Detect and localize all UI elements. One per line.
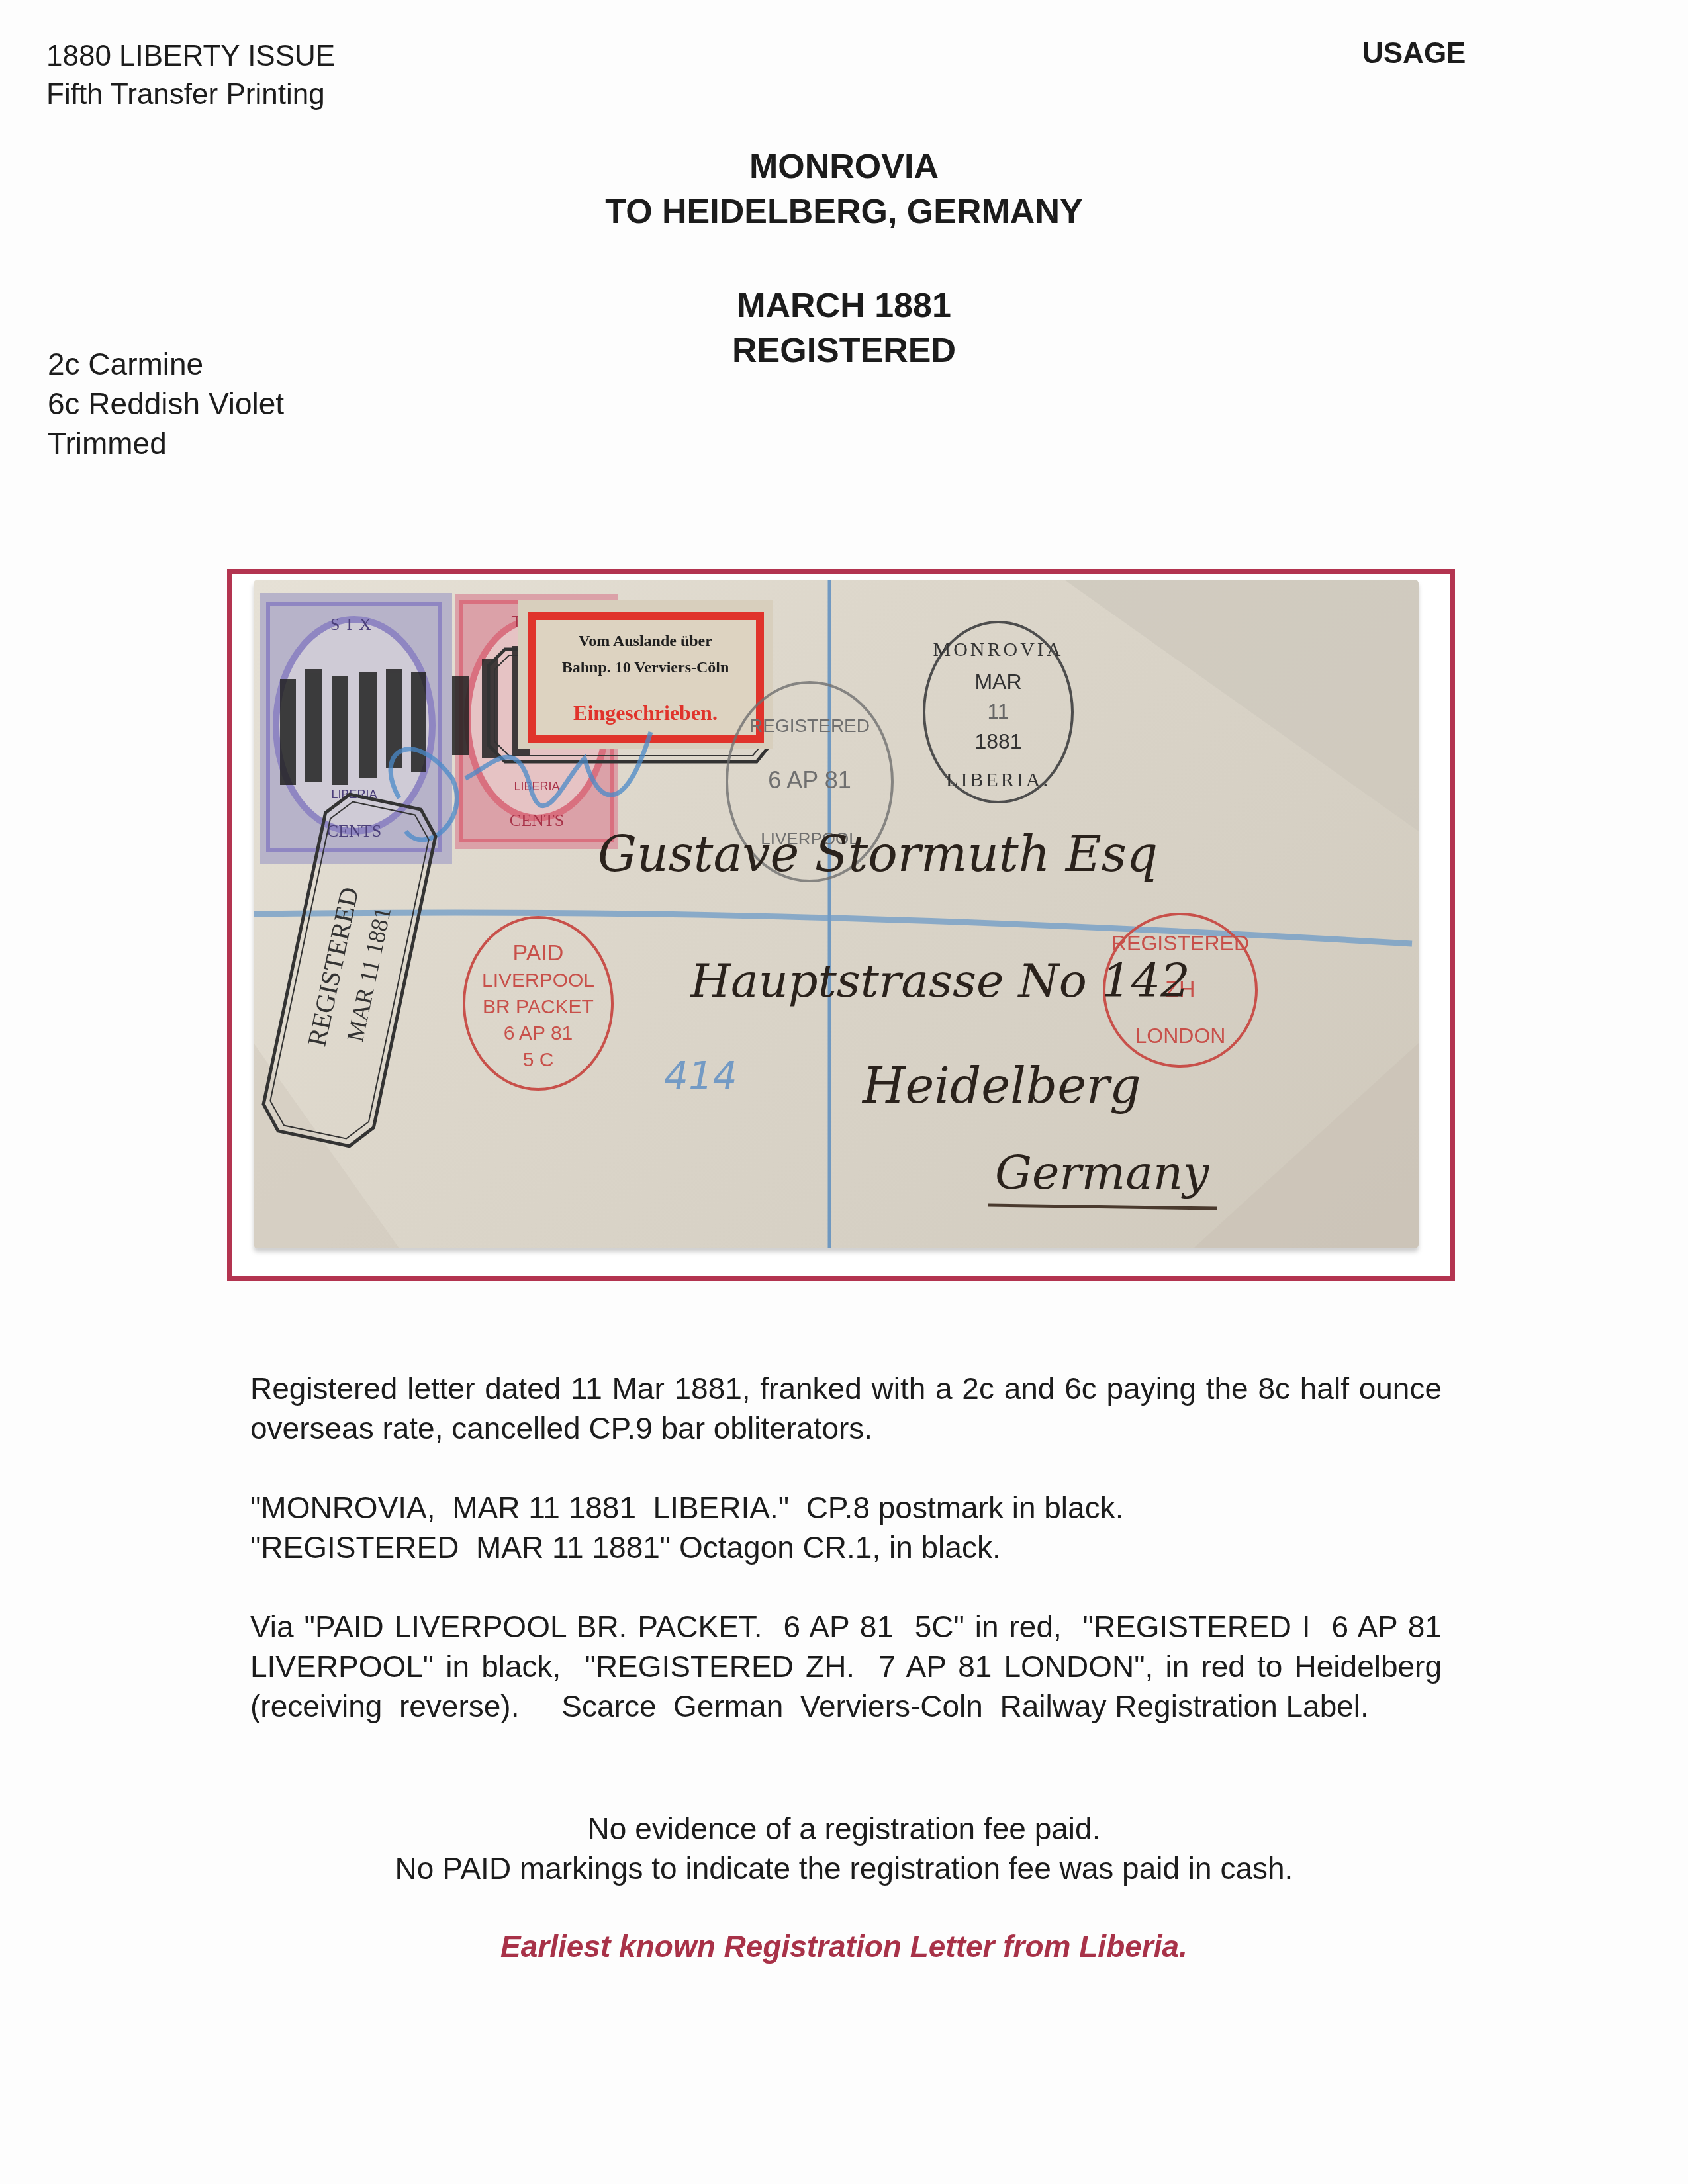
date-heading: MARCH 1881 bbox=[0, 283, 1688, 328]
section-label: USAGE bbox=[1362, 37, 1466, 70]
route-destination: TO HEIDELBERG, GERMANY bbox=[0, 189, 1688, 234]
svg-text:Germany: Germany bbox=[995, 1146, 1210, 1200]
svg-text:11: 11 bbox=[987, 700, 1009, 723]
cover-image: SIX LIBERIA CENTS TWO LIBERIA CENTS bbox=[254, 580, 1419, 1248]
svg-text:5 C: 5 C bbox=[523, 1049, 554, 1071]
route-title: MONROVIA TO HEIDELBERG, GERMANY bbox=[0, 144, 1688, 234]
svg-text:MONROVIA: MONROVIA bbox=[933, 639, 1064, 660]
issue-title: 1880 LIBERTY ISSUE bbox=[46, 37, 335, 75]
stamp-desc-3: Trimmed bbox=[48, 424, 284, 463]
svg-text:Vom Auslande über: Vom Auslande über bbox=[579, 633, 712, 650]
svg-text:Eingeschrieben.: Eingeschrieben. bbox=[573, 701, 718, 725]
svg-text:LONDON: LONDON bbox=[1135, 1024, 1226, 1048]
svg-text:6 AP 81: 6 AP 81 bbox=[768, 766, 851, 794]
svg-text:MAR: MAR bbox=[974, 670, 1021, 694]
postmark-note-octagon: "REGISTERED MAR 11 1881" Octagon CR.1, i… bbox=[250, 1527, 1442, 1567]
svg-text:CENTS: CENTS bbox=[510, 811, 564, 830]
description-paragraph-1: Registered letter dated 11 Mar 1881, fra… bbox=[250, 1369, 1442, 1448]
svg-text:Heidelberg: Heidelberg bbox=[861, 1058, 1141, 1115]
svg-text:LIVERPOOL: LIVERPOOL bbox=[482, 970, 594, 991]
svg-text:CENTS: CENTS bbox=[327, 821, 381, 841]
highlight-statement: Earliest known Registration Letter from … bbox=[0, 1929, 1688, 1964]
stamp-desc-1: 2c Carmine bbox=[48, 344, 284, 384]
handwritten-address: Gustave Stormuth Esq Hauptstrasse No 142… bbox=[598, 826, 1210, 1200]
svg-text:LIBERIA.: LIBERIA. bbox=[946, 769, 1051, 791]
svg-text:REGISTERED: REGISTERED bbox=[1111, 931, 1249, 955]
svg-text:1881: 1881 bbox=[974, 729, 1021, 753]
postmark-note-monrovia: "MONROVIA, MAR 11 1881 LIBERIA." CP.8 po… bbox=[250, 1488, 1442, 1527]
svg-text:LIBERIA: LIBERIA bbox=[514, 780, 559, 793]
header-left: 1880 LIBERTY ISSUE Fifth Transfer Printi… bbox=[46, 37, 335, 114]
svg-text:Hauptstrasse No 142: Hauptstrasse No 142 bbox=[689, 954, 1190, 1008]
fee-note-2: No PAID markings to indicate the registr… bbox=[0, 1848, 1688, 1888]
cover-illustration: SIX LIBERIA CENTS TWO LIBERIA CENTS bbox=[254, 580, 1419, 1248]
svg-text:REGISTERED: REGISTERED bbox=[749, 715, 870, 736]
printing-subtitle: Fifth Transfer Printing bbox=[46, 75, 335, 114]
svg-text:6 AP 81: 6 AP 81 bbox=[504, 1023, 573, 1044]
registration-label: Vom Auslande über Bahnp. 10 Verviers-Cöl… bbox=[518, 600, 773, 749]
svg-text:PAID: PAID bbox=[513, 940, 564, 966]
stamps-description: 2c Carmine 6c Reddish Violet Trimmed bbox=[48, 344, 284, 463]
svg-text:414: 414 bbox=[664, 1054, 737, 1099]
stamp-desc-2: 6c Reddish Violet bbox=[48, 384, 284, 424]
svg-text:Gustave Stormuth Esq: Gustave Stormuth Esq bbox=[598, 826, 1158, 883]
svg-text:SIX: SIX bbox=[330, 615, 378, 634]
postmark-paid-liverpool: PAID LIVERPOOL BR PACKET 6 AP 81 5 C bbox=[464, 917, 612, 1089]
svg-text:BR PACKET: BR PACKET bbox=[483, 996, 594, 1018]
svg-text:Bahnp. 10 Verviers-Cöln: Bahnp. 10 Verviers-Cöln bbox=[562, 659, 729, 676]
fee-note-1: No evidence of a registration fee paid. bbox=[0, 1809, 1688, 1848]
route-origin: MONROVIA bbox=[0, 144, 1688, 189]
postmark-monrovia: MONROVIA MAR 11 1881 LIBERIA. bbox=[924, 622, 1072, 802]
description-paragraph-2: "MONROVIA, MAR 11 1881 LIBERIA." CP.8 po… bbox=[250, 1488, 1442, 1567]
description-paragraph-3: Via "PAID LIVERPOOL BR. PACKET. 6 AP 81 … bbox=[250, 1607, 1442, 1726]
